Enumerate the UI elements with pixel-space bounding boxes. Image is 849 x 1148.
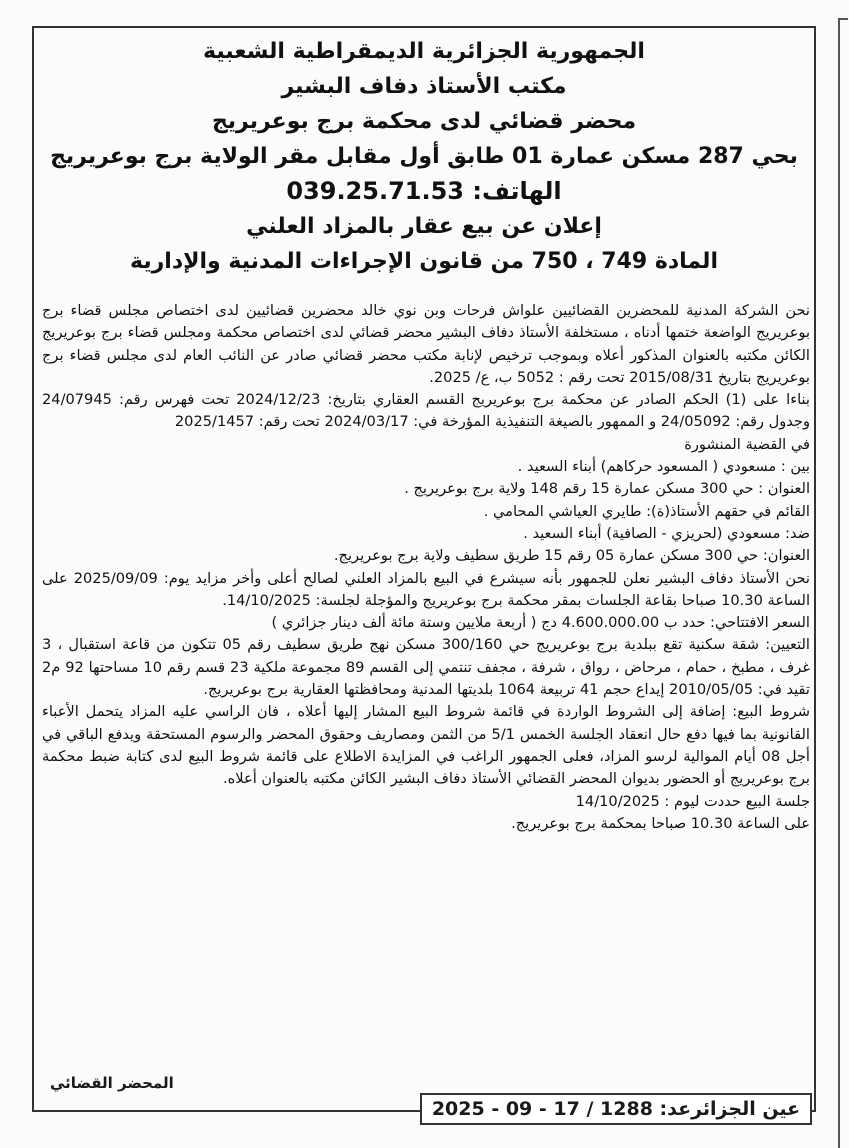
defendants: ضد: مسعودي (لحريزي - الصافية) أبناء السع… [42,523,810,545]
auction-announcement: نحن الأستاذ دفاف البشير نعلن للجمهور بأن… [42,568,810,613]
lawyer: القائم في حقهم الأستاذ(ة): طايري العياشي… [42,501,810,523]
republic-title: الجمهورية الجزائرية الديمقراطية الشعبية [32,34,816,69]
property-designation: التعيين: شقة سكنية تقع ببلدية برج بوعرير… [42,634,810,701]
publication-stamp: عين الجزائرعد: 1288 / 17 - 09 - 2025 [420,1093,812,1125]
notice-header: الجمهورية الجزائرية الديمقراطية الشعبية … [32,34,816,279]
sale-conditions: شروط البيع: إضافة إلى الشروط الواردة في … [42,701,810,790]
intro-paragraph: نحن الشركة المدنية للمحضرين القضائيين عل… [42,300,810,389]
opening-price: السعر الافتتاحي: حدد ب 4.600.000.00 دج (… [42,612,810,634]
case-heading: في القضية المنشورة [42,434,810,456]
law-reference: المادة 749 ، 750 من قانون الإجراءات المد… [32,244,816,279]
plaintiffs: بين : مسعودي ( المسعود حركاهم) أبناء الس… [42,456,810,478]
judgment-paragraph: بناءا على (1) الحكم الصادر عن محكمة برج … [42,389,810,434]
office-address: بحي 287 مسكن عمارة 01 طابق أول مقابل مقر… [32,139,816,174]
office-name: مكتب الأستاذ دفاف البشير [32,69,816,104]
session-time: على الساعة 10.30 صباحا بمحكمة برج بوعرير… [42,813,810,835]
phone-number: 039.25.71.53 [286,177,464,205]
session-date: جلسة البيع حددت ليوم : 14/10/2025 [42,791,810,813]
phone-label: الهاتف: [472,177,561,205]
phone-line: الهاتف: 039.25.71.53 [32,174,816,209]
defendants-address: العنوان: حي 300 مسكن عمارة 05 رقم 15 طري… [42,545,810,567]
notice-title: إعلان عن بيع عقار بالمزاد العلني [32,209,816,244]
plaintiffs-address: العنوان : حي 300 مسكن عمارة 15 رقم 148 و… [42,478,810,500]
legal-notice-page: الجمهورية الجزائرية الديمقراطية الشعبية … [0,0,849,1148]
column-rule [838,18,840,1148]
signature: المحضر القضائي [50,1074,174,1092]
notice-body: نحن الشركة المدنية للمحضرين القضائيين عل… [42,300,810,835]
bailiff-court: محضر قضائي لدى محكمة برج بوعريريج [32,104,816,139]
